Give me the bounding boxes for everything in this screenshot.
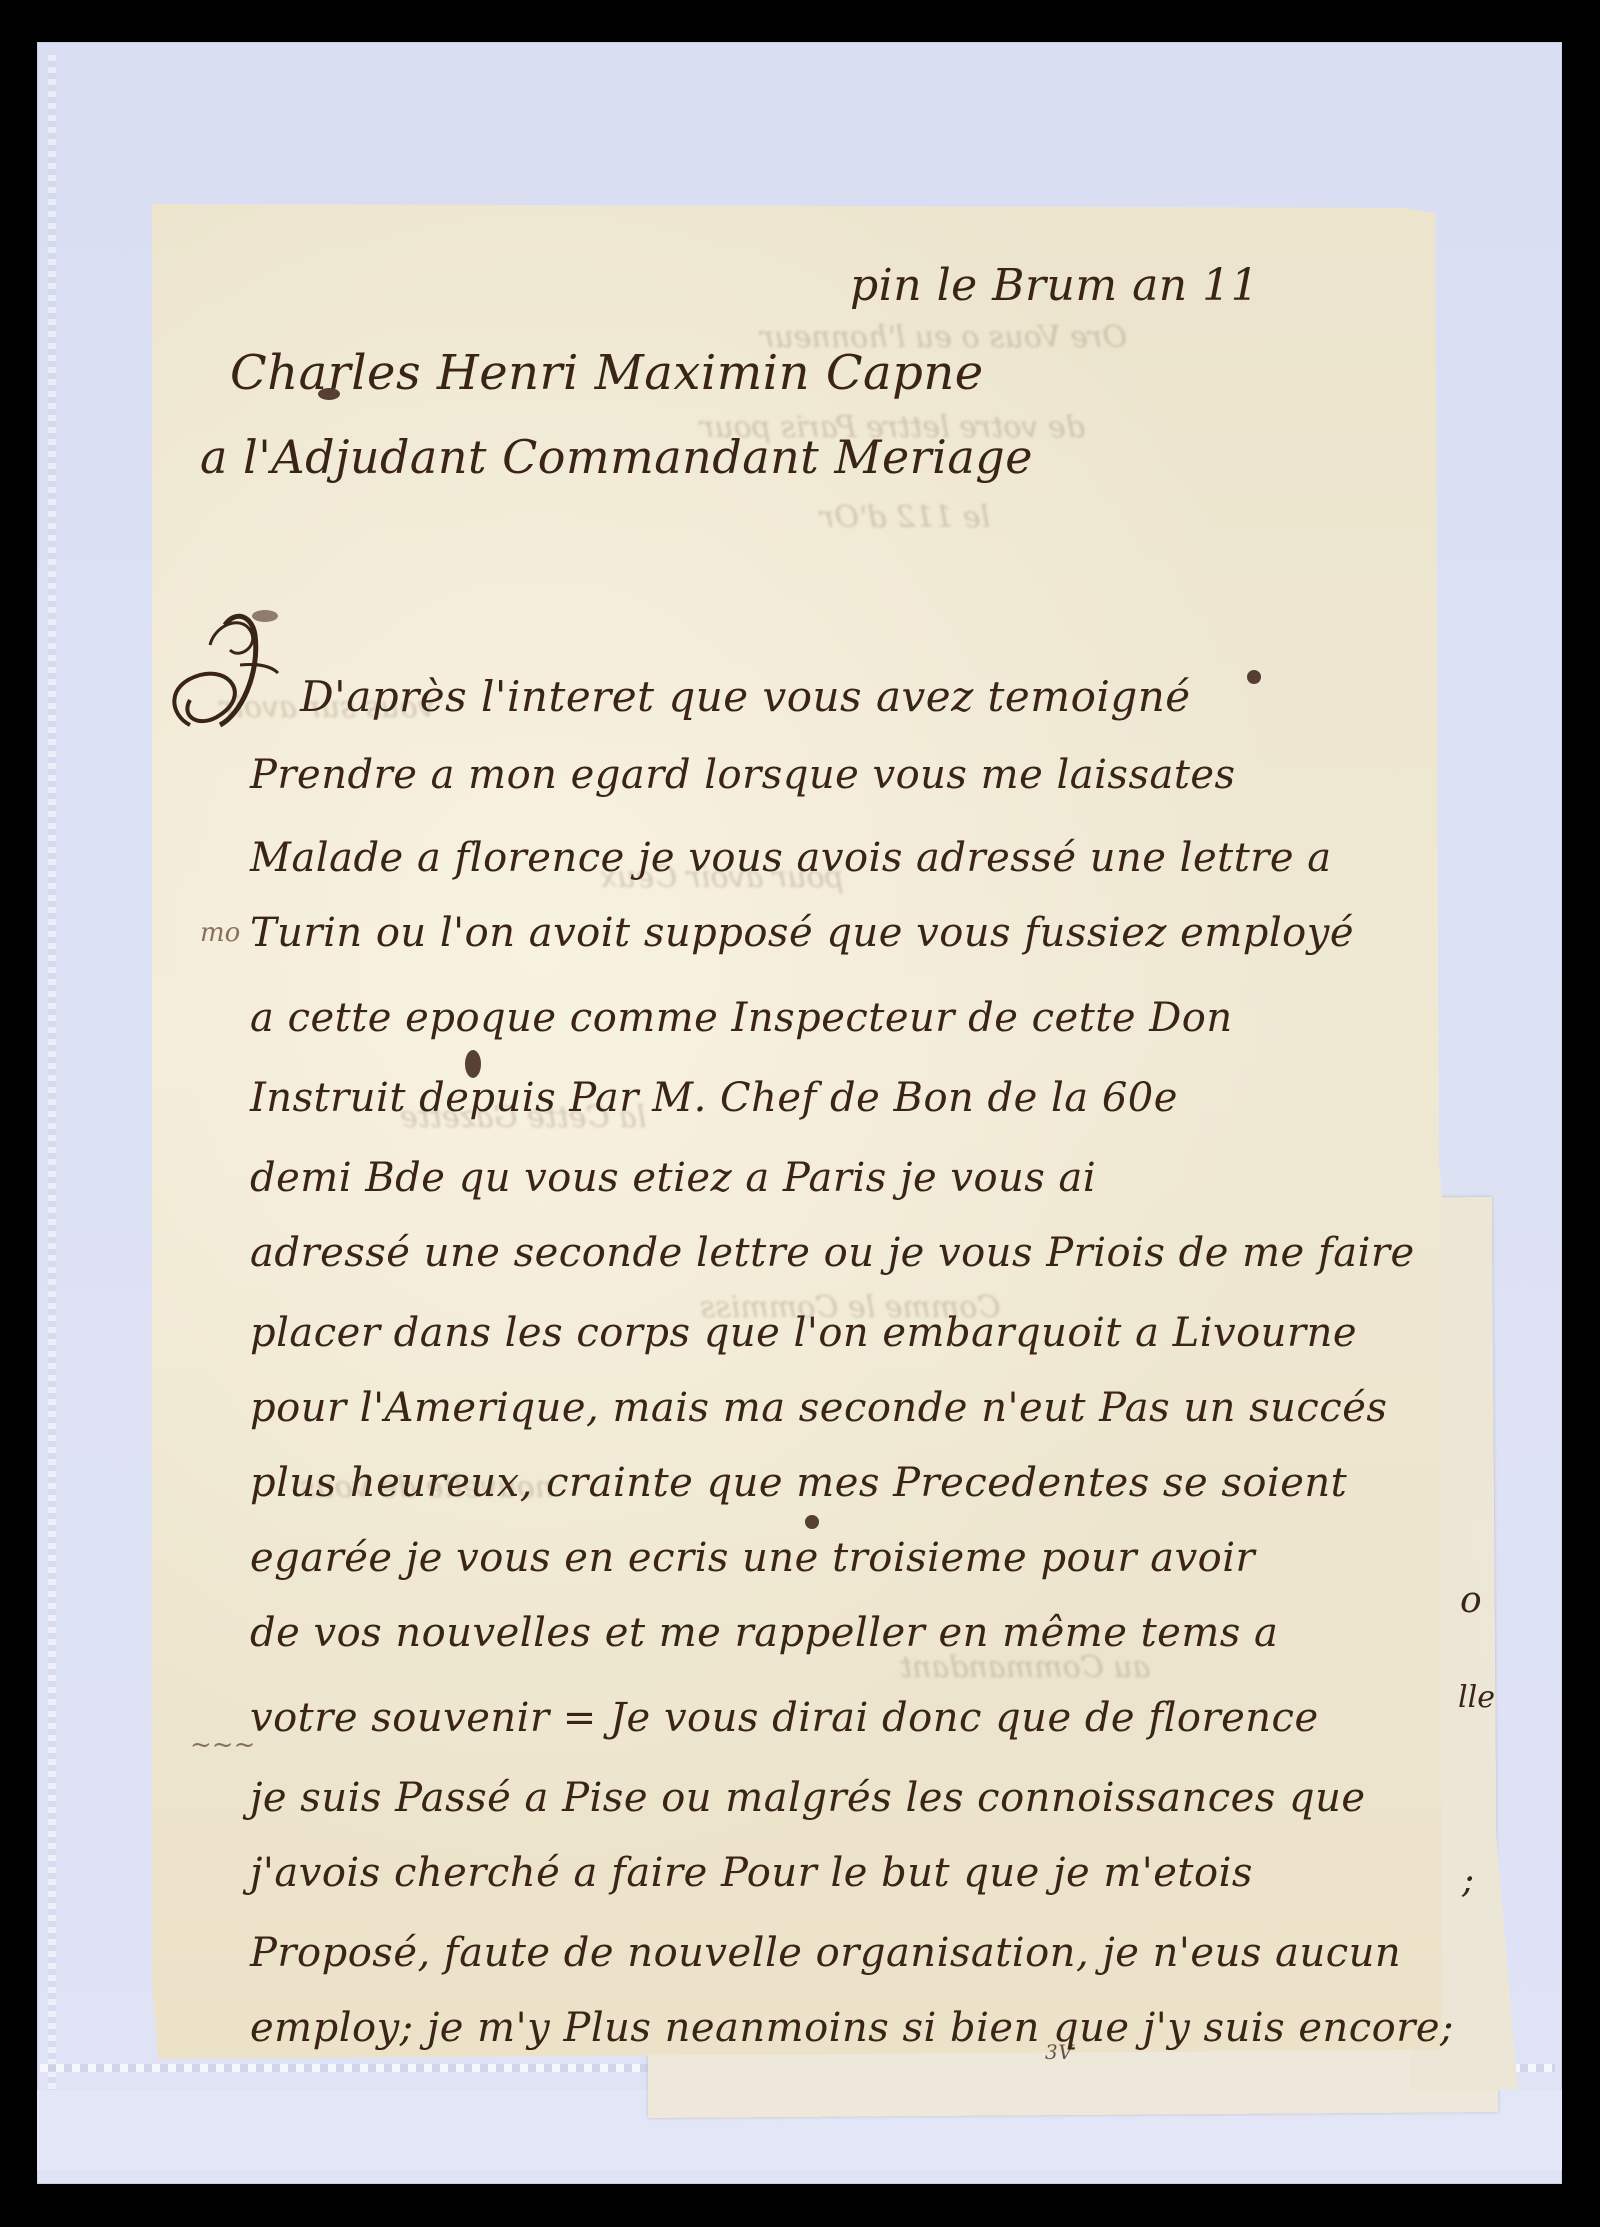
page-mark: 3V bbox=[1045, 2040, 1073, 2064]
recipient-line: a l'Adjudant Commandant Meriage bbox=[200, 430, 1033, 484]
letter-line: D'après l'interet que vous avez temoigné bbox=[300, 672, 1191, 721]
letter-line: j'avois cherché a faire Pour le but que … bbox=[250, 1850, 1253, 1896]
letter-line: Malade a florence je vous avois adressé … bbox=[250, 835, 1332, 881]
ink-blot bbox=[805, 1515, 819, 1529]
dateline: pin le Brum an 11 bbox=[850, 260, 1259, 311]
letter-line: Instruit depuis Par M. Chef de Bon de la… bbox=[250, 1075, 1178, 1121]
letter-line: placer dans les corps que l'on embarquoi… bbox=[250, 1310, 1357, 1356]
letter-line: Prendre a mon egard lorsque vous me lais… bbox=[250, 752, 1236, 798]
letter-line: plus heureux, crainte que mes Precedente… bbox=[250, 1460, 1347, 1506]
ink-blot bbox=[465, 1050, 481, 1078]
margin-mark: mo bbox=[200, 918, 240, 948]
letter-line: egarée je vous en ecris une troisieme po… bbox=[250, 1535, 1255, 1581]
letter-line: pour l'Amerique, mais ma seconde n'eut P… bbox=[250, 1385, 1387, 1431]
back-sheet-fragment: lle bbox=[1458, 1680, 1495, 1715]
back-sheet-fragment: ; bbox=[1462, 1860, 1474, 1901]
sleeve-perforation-left bbox=[48, 55, 56, 2135]
letter-line: a cette epoque comme Inspecteur de cette… bbox=[250, 995, 1233, 1041]
margin-mark: ~~~ bbox=[190, 1730, 255, 1760]
ink-blot bbox=[1247, 670, 1261, 684]
decorative-initial-d bbox=[160, 605, 280, 735]
letter-line: de vos nouvelles et me rappeller en même… bbox=[250, 1610, 1278, 1656]
letter-line: demi Bde qu vous etiez a Paris je vous a… bbox=[250, 1155, 1096, 1201]
letter-line: je suis Passé a Pise ou malgrés les conn… bbox=[250, 1775, 1366, 1821]
letter-line: Proposé, faute de nouvelle organisation,… bbox=[250, 1930, 1401, 1976]
sender-line: Charles Henri Maximin Capne bbox=[230, 345, 984, 401]
back-sheet-fragment: o bbox=[1460, 1580, 1482, 1621]
letter-line: employ; je m'y Plus neanmoins si bien qu… bbox=[250, 2005, 1454, 2051]
letter-line: adressé une seconde lettre ou je vous Pr… bbox=[250, 1230, 1415, 1276]
letter-line: votre souvenir = Je vous dirai donc que … bbox=[250, 1695, 1319, 1741]
bleed-through-text: le 112 d'Or bbox=[820, 500, 990, 535]
letter-line: Turin ou l'on avoit supposé que vous fus… bbox=[250, 910, 1354, 956]
